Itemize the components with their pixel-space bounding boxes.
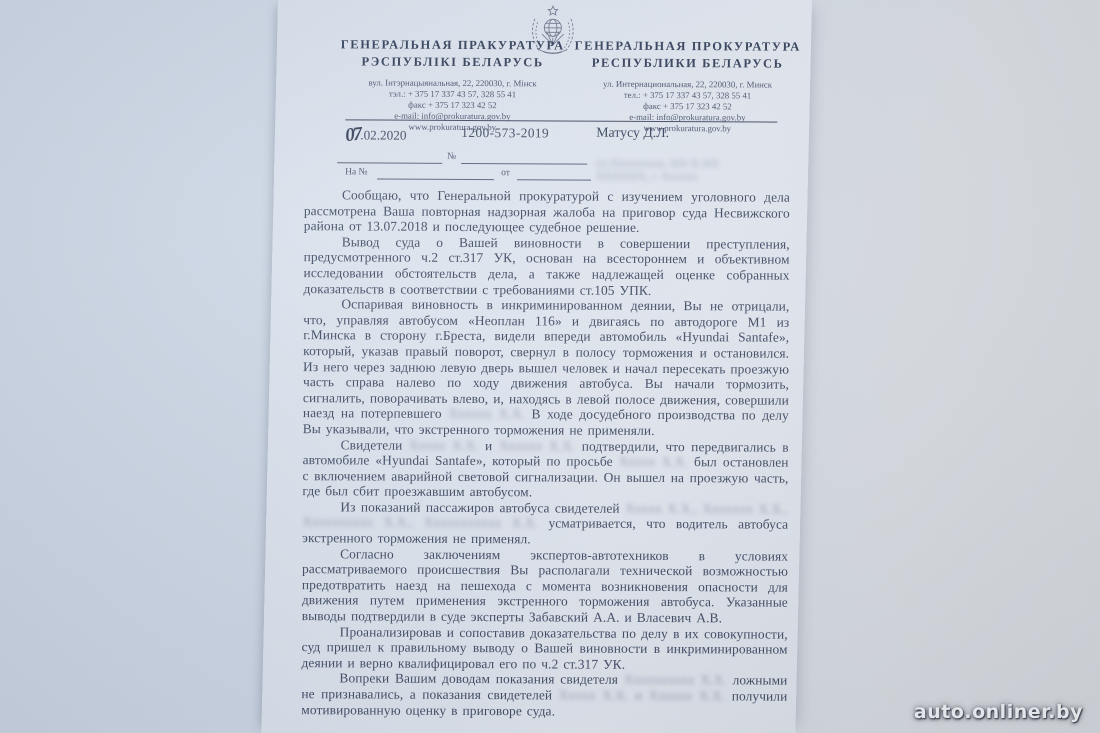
redacted-name: Ххххх Х.Х., [625, 501, 697, 516]
body-text: Вывод суда о Вашей виновности в совершен… [303, 234, 789, 297]
body-text: Согласно заключениям экспертов-автотехни… [302, 546, 788, 625]
body-text: Свидетели [341, 437, 409, 452]
redacted-name: Хххххххххх Х.Х., [302, 515, 413, 531]
letter-body: Сообщаю, что Генеральной прокуратурой с … [301, 187, 790, 720]
document-photo: ГЕНЕРАЛЬНАЯ ПРАКУРАТУРА РЭСПУБЛІКІ БЕЛАР… [0, 0, 1100, 733]
recipient-address-redacted: ул.Ххххххххх, ХХ-Х-ХХ ХХХХХХ, г. Хххххх [596, 158, 796, 185]
org-title-by: ГЕНЕРАЛЬНАЯ ПРАКУРАТУРА РЭСПУБЛІКІ БЕЛАР… [328, 36, 578, 71]
body-text: Вопреки Вашим доводам показания свидетел… [339, 671, 623, 687]
org-title-ru: ГЕНЕРАЛЬНАЯ ПРОКУРАТУРА РЕСПУБЛИКИ БЕЛАР… [563, 37, 813, 72]
redacted-name: Ххххх Х.Х. [409, 437, 479, 452]
letter-date: 07.02.2020 [345, 123, 406, 145]
body-paragraph: Свидетели Ххххх Х.Х. и Хххххх Х.Х. подтв… [302, 437, 788, 502]
blank-line [461, 152, 587, 165]
letter-content: ГЕНЕРАЛЬНАЯ ПРАКУРАТУРА РЭСПУБЛІКІ БЕЛАР… [274, 0, 812, 733]
blank-line [517, 168, 591, 180]
redacted-address-line: ул.Ххххххххх, ХХ-Х-ХХ [596, 158, 796, 172]
body-paragraph: Из показаний пассажиров автобуса свидете… [302, 499, 788, 548]
body-text: Проанализировав и сопоставив доказательс… [301, 624, 787, 672]
body-paragraph: Проанализировав и сопоставив доказательс… [301, 624, 787, 673]
body-paragraph: Вопреки Вашим доводам показания свидетел… [301, 671, 787, 720]
body-paragraph: Оспаривая виновность в инкриминированном… [303, 296, 790, 439]
redacted-name: Хххххх Х.Х. [499, 438, 576, 453]
body-paragraph: Сообщаю, что Генеральной прокуратурой с … [304, 187, 790, 236]
outgoing-number: 1200-573-2019 [461, 125, 549, 141]
recipient-name: Матусу Д.Л. [596, 125, 796, 142]
blank-line [377, 168, 494, 181]
recipient-block: Матусу Д.Л. ул.Ххххххххх, ХХ-Х-ХХ ХХХХХХ… [596, 125, 796, 185]
redacted-name: Ххххх Х.Х. [619, 454, 688, 469]
body-text: Сообщаю, что Генеральной прокуратурой с … [304, 187, 790, 235]
blank-line [337, 151, 442, 164]
redacted-name: Хххххх Х.Х. [448, 406, 525, 421]
body-text: и [479, 438, 499, 453]
number-sign: № [447, 152, 456, 162]
redacted-address-line: ХХХХХХ, г. Хххххх [596, 171, 796, 185]
reply-label: На № [345, 167, 368, 177]
body-text: Из показаний пассажиров автобуса свидете… [340, 499, 625, 515]
redacted-name: Ххххххх Х.Х., [703, 501, 789, 516]
watermark-auto-onliner: auto.onliner.by [914, 701, 1083, 723]
from-label: от [501, 168, 510, 178]
handwritten-date-day: 07 [344, 124, 361, 148]
body-paragraph: Вывод суда о Вашей виновности в совершен… [303, 234, 789, 299]
typed-date: .02.2020 [360, 127, 406, 142]
redacted-name: Хххххххххх Х.Х. [624, 672, 727, 688]
redacted-name: Ххххх Х.Х. и Хххххх Х.Х. [559, 687, 726, 703]
body-text: Оспаривая виновность в инкриминированном… [303, 296, 790, 421]
body-text [413, 515, 423, 530]
body-paragraph: Согласно заключениям экспертов-автотехни… [302, 546, 788, 627]
redacted-name: Ххххххххххх Х.Х. [424, 515, 539, 531]
